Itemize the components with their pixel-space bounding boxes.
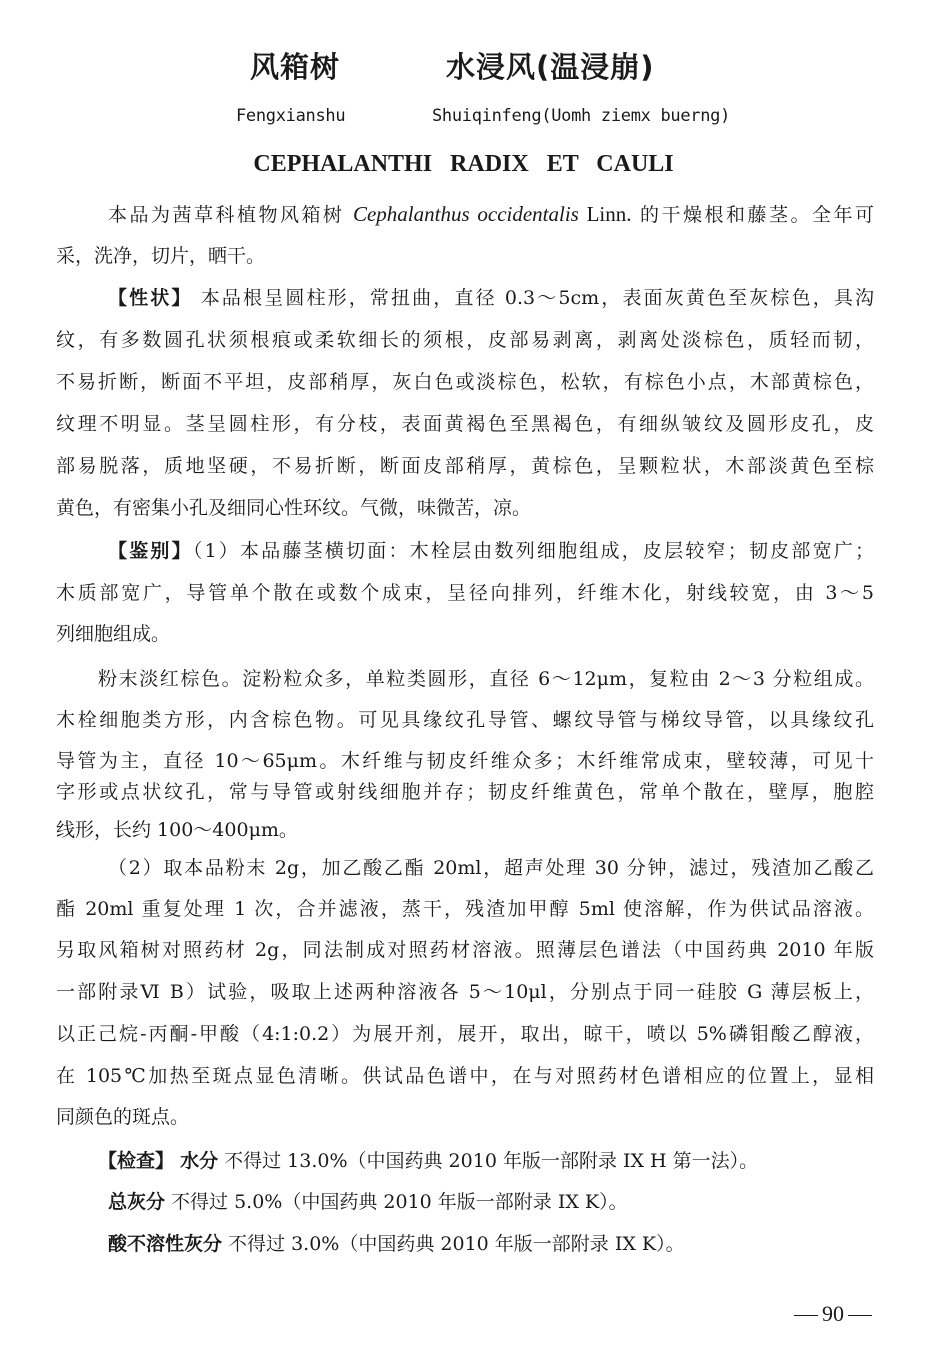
description-line-1: 【性状】 本品根呈圆柱形，常扭曲，直径 0.3～5cm，表面灰黄色至灰棕色，具沟 <box>108 284 874 312</box>
inspection-total-ash: 总灰分 不得过 5.0%（中国药典 2010 年版一部附录 IX K）。 <box>108 1188 874 1216</box>
moisture-limit: 不得过 13.0%（中国药典 2010 年版一部附录 IX H 第一法）。 <box>218 1150 758 1172</box>
description-line-2: 纹，有多数圆孔状须根痕或柔软细长的须根，皮部易剥离，剥离处淡棕色，质轻而韧， <box>56 326 874 354</box>
tlc-line-6: 在 105℃加热至斑点显色清晰。供试品色谱中，在与对照药材色谱相应的位置上，显相 <box>56 1062 874 1090</box>
page-number: 90 <box>790 1300 876 1328</box>
powder-line-5: 线形，长约 100～400μm。 <box>56 816 874 844</box>
term-moisture: 水分 <box>180 1150 218 1172</box>
term-acid-insoluble-ash: 酸不溶性灰分 <box>108 1233 222 1255</box>
description-line-5: 部易脱落，质地坚硬，不易折断，断面皮部稍厚，黄棕色，呈颗粒状，木部淡黄色至棕 <box>56 452 874 480</box>
section-heading-description: 【性状】 <box>108 287 193 309</box>
total-ash-limit: 不得过 5.0%（中国药典 2010 年版一部附录 IX K）。 <box>165 1191 628 1213</box>
identification-text: （1）本品藤茎横切面：木栓层由数列细胞组成，皮层较窄；韧皮部宽广； <box>193 540 874 562</box>
intro-text: 本品为茜草科植物风箱树 <box>108 204 353 226</box>
identification-line-2: 木质部宽广，导管单个散在或数个成束，呈径向排列，纤维木化，射线较宽，由 3～5 <box>56 579 874 607</box>
powder-line-3: 导管为主，直径 10～65μm。木纤维与韧皮纤维众多；木纤维常成束，壁较薄，可见… <box>56 747 874 775</box>
acid-insoluble-ash-limit: 不得过 3.0%（中国药典 2010 年版一部附录 IX K）。 <box>222 1233 685 1255</box>
description-text: 本品根呈圆柱形，常扭曲，直径 0.3～5cm，表面灰黄色至灰棕色，具沟 <box>193 287 874 309</box>
species-name: Cephalanthus occidentalis <box>353 202 579 226</box>
intro-line-1: 本品为茜草科植物风箱树 Cephalanthus occidentalis Li… <box>108 200 874 228</box>
powder-line-4: 字形或点状纹孔，常与导管或射线细胞并存；韧皮纤维黄色，常单个散在，壁厚，胞腔 <box>56 778 874 806</box>
tlc-line-5: 以正己烷-丙酮-甲酸（4:1:0.2）为展开剂，展开，取出，晾干，喷以 5%磷钼… <box>56 1020 874 1048</box>
pinyin-row: Fengxianshu Shuiqinfeng(Uomh ziemx buern… <box>0 104 927 128</box>
powder-line-1: 粉末淡红棕色。淀粉粒众多，单粒类圆形，直径 6～12μm，复粒由 2～3 分粒组… <box>98 665 874 693</box>
title-row: 风箱树 水浸风(温浸崩) <box>0 48 927 88</box>
inspection-moisture: 【检查】 水分 不得过 13.0%（中国药典 2010 年版一部附录 IX H … <box>98 1147 874 1175</box>
pinyin-chinese-name: Fengxianshu <box>236 104 345 128</box>
section-heading-identification: 【鉴别】 <box>108 540 193 562</box>
pinyin-zhuang-name: Shuiqinfeng(Uomh ziemx buerng) <box>432 104 730 128</box>
page-number-value: 90 <box>822 1301 844 1326</box>
description-line-4: 纹理不明显。茎呈圆柱形，有分枝，表面黄褐色至黑褐色，有细纵皱纹及圆形皮孔，皮 <box>56 410 874 438</box>
section-heading-inspection: 【检查】 <box>98 1150 174 1172</box>
latin-drug-name: CEPHALANTHI RADIX ET CAULI <box>0 148 927 180</box>
tlc-line-7: 同颜色的斑点。 <box>56 1103 874 1131</box>
title-zhuang-name: 水浸风(温浸崩) <box>446 48 655 86</box>
intro-text: 的干燥根和藤茎。全年可 <box>632 204 874 226</box>
title-chinese-name: 风箱树 <box>250 48 340 86</box>
tlc-line-2: 酯 20ml 重复处理 1 次，合并滤液，蒸干，残渣加甲醇 5ml 使溶解，作为… <box>56 895 874 923</box>
dash-right <box>848 1315 872 1316</box>
inspection-acid-insoluble-ash: 酸不溶性灰分 不得过 3.0%（中国药典 2010 年版一部附录 IX K）。 <box>108 1230 874 1258</box>
term-total-ash: 总灰分 <box>108 1191 165 1213</box>
tlc-line-3: 另取风箱树对照药材 2g，同法制成对照药材溶液。照薄层色谱法（中国药典 2010… <box>56 936 874 964</box>
tlc-line-1: （2）取本品粉末 2g，加乙酸乙酯 20ml，超声处理 30 分钟，滤过，残渣加… <box>108 854 874 882</box>
dash-left <box>794 1315 818 1316</box>
species-author: Linn. <box>579 202 632 226</box>
powder-line-2: 木栓细胞类方形，内含棕色物。可见具缘纹孔导管、螺纹导管与梯纹导管，以具缘纹孔 <box>56 706 874 734</box>
description-line-6: 黄色，有密集小孔及细同心性环纹。气微，味微苦，凉。 <box>56 494 874 522</box>
document-page: 风箱树 水浸风(温浸崩) Fengxianshu Shuiqinfeng(Uom… <box>0 0 927 1353</box>
identification-line-3: 列细胞组成。 <box>56 620 874 648</box>
intro-line-2: 采，洗净，切片，晒干。 <box>56 242 874 270</box>
tlc-line-4: 一部附录Ⅵ B）试验，吸取上述两种溶液各 5～10μl，分别点于同一硅胶 G 薄… <box>56 978 874 1006</box>
identification-line-1: 【鉴别】（1）本品藤茎横切面：木栓层由数列细胞组成，皮层较窄；韧皮部宽广； <box>108 537 874 565</box>
description-line-3: 不易折断，断面不平坦，皮部稍厚，灰白色或淡棕色，松软，有棕色小点，木部黄棕色， <box>56 368 874 396</box>
